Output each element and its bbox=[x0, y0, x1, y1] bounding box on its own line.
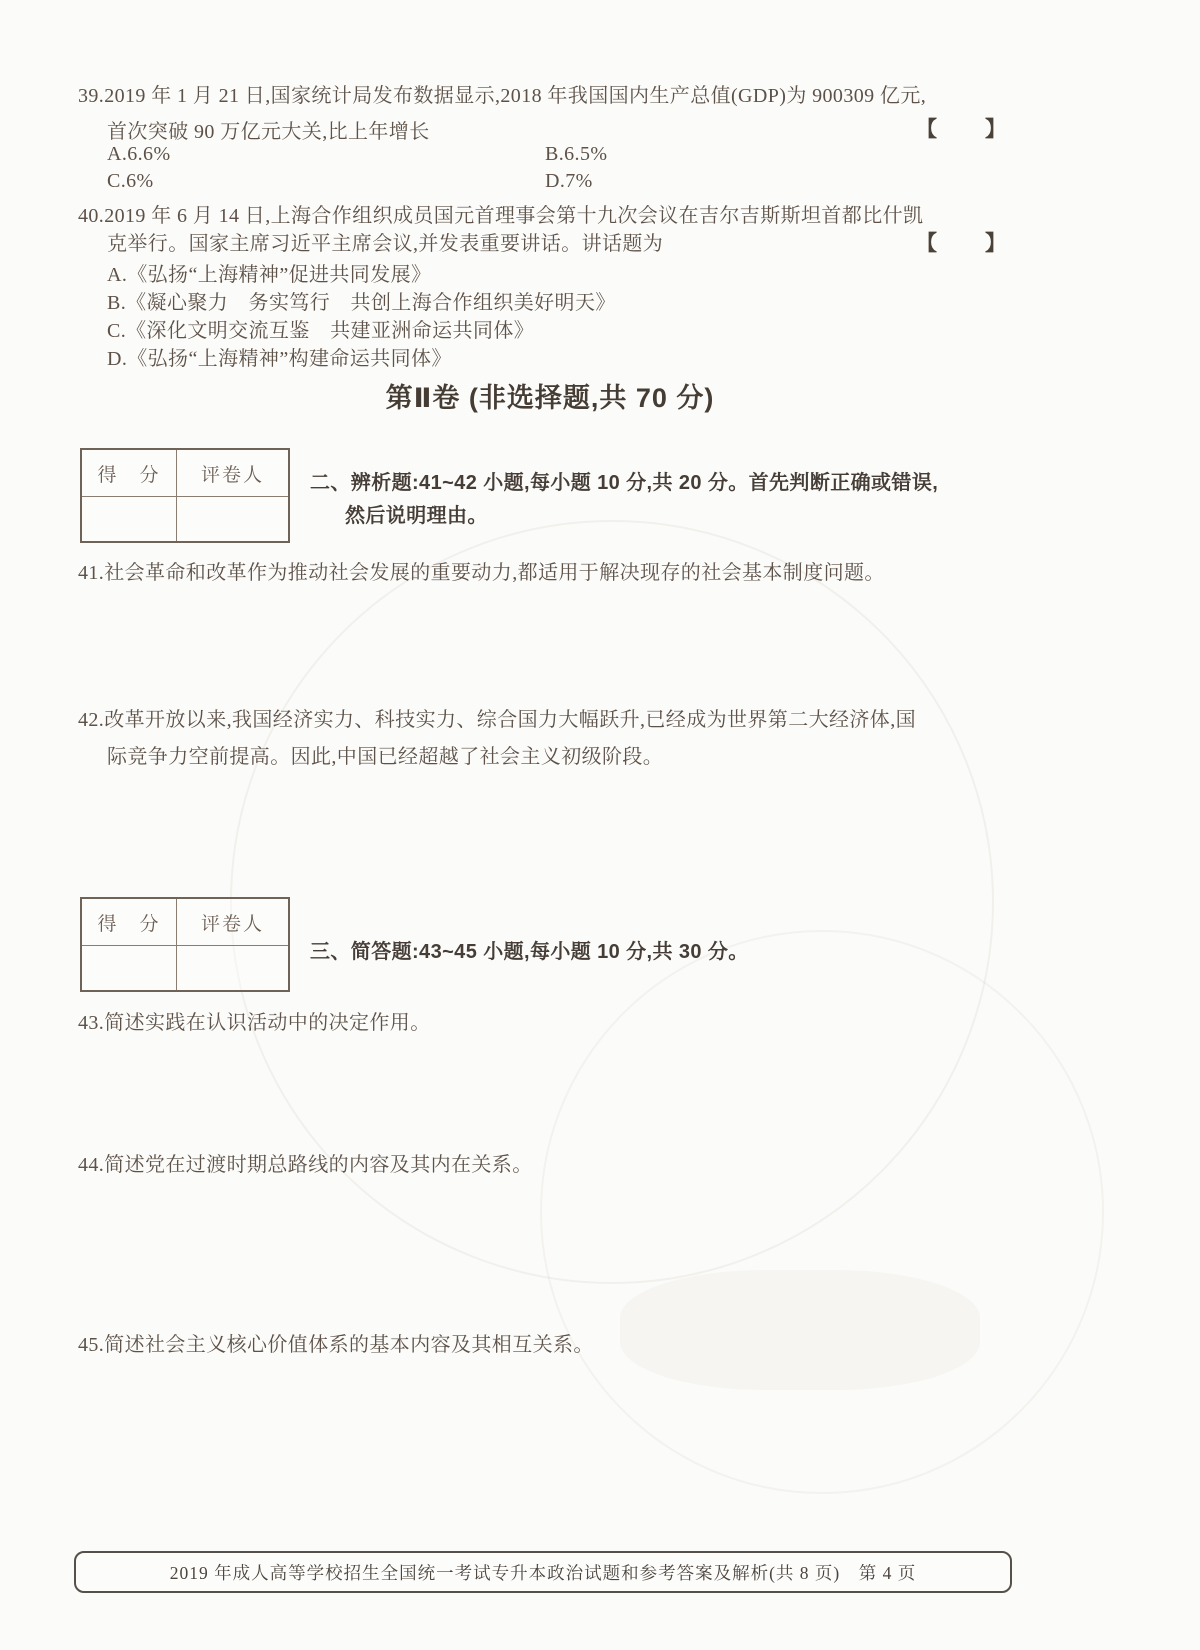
question-39-option-a: A.6.6% bbox=[107, 143, 171, 166]
grader-label: 评卷人 bbox=[177, 899, 288, 946]
question-39-option-d: D.7% bbox=[545, 170, 593, 193]
section3-instructions-line-1: 三、简答题:43~45 小题,每小题 10 分,共 30 分。 bbox=[310, 935, 749, 964]
question-42-line-1: 42.改革开放以来,我国经济实力、科技实力、综合国力大幅跃升,已经成为世界第二大… bbox=[78, 707, 916, 733]
scan-artifact-smudge bbox=[620, 1270, 980, 1390]
question-43-line-1: 43.简述实践在认识活动中的决定作用。 bbox=[78, 1010, 431, 1036]
answer-bracket-40: 【 】 bbox=[916, 227, 1008, 257]
part2-title: 第Ⅱ卷 (非选择题,共 70 分) bbox=[0, 376, 1100, 415]
score-box-section3: 得 分 评卷人 bbox=[80, 897, 290, 992]
question-45-line-1: 45.简述社会主义核心价值体系的基本内容及其相互关系。 bbox=[78, 1332, 594, 1358]
question-39-line-1: 39.2019 年 1 月 21 日,国家统计局发布数据显示,2018 年我国国… bbox=[78, 83, 926, 109]
question-39-option-b: B.6.5% bbox=[545, 143, 607, 166]
score-label: 得 分 bbox=[82, 899, 177, 946]
scan-artifact-circle bbox=[540, 930, 1104, 1494]
question-40-line-2: 克举行。国家主席习近平主席会议,并发表重要讲话。讲话题为 bbox=[107, 231, 663, 257]
question-40-line-1: 40.2019 年 6 月 14 日,上海合作组织成员国元首理事会第十九次会议在… bbox=[78, 203, 923, 229]
score-value-cell bbox=[82, 946, 177, 990]
grader-value-cell bbox=[177, 946, 288, 990]
question-40-option-a: A.《弘扬“上海精神”促进共同发展》 bbox=[107, 258, 431, 287]
question-42-line-2: 际竞争力空前提高。因此,中国已经超越了社会主义初级阶段。 bbox=[107, 744, 663, 770]
question-39-line-2: 首次突破 90 万亿元大关,比上年增长 bbox=[107, 119, 430, 145]
score-box-section2: 得 分 评卷人 bbox=[80, 448, 290, 543]
score-label: 得 分 bbox=[82, 450, 177, 497]
grader-label: 评卷人 bbox=[177, 450, 288, 497]
question-44-line-1: 44.简述党在过渡时期总路线的内容及其内在关系。 bbox=[78, 1152, 533, 1178]
question-41-line-1: 41.社会革命和改革作为推动社会发展的重要动力,都适用于解决现存的社会基本制度问… bbox=[78, 560, 885, 586]
question-40-option-d: D.《弘扬“上海精神”构建命运共同体》 bbox=[107, 342, 452, 371]
grader-value-cell bbox=[177, 497, 288, 541]
exam-page: 39.2019 年 1 月 21 日,国家统计局发布数据显示,2018 年我国国… bbox=[0, 0, 1200, 1650]
section2-instructions-line-1: 二、辨析题:41~42 小题,每小题 10 分,共 20 分。首先判断正确或错误… bbox=[310, 466, 938, 495]
question-40-option-c: C.《深化文明交流互鉴 共建亚洲命运共同体》 bbox=[107, 314, 534, 343]
footer-text: 2019 年成人高等学校招生全国统一考试专升本政治试题和参考答案及解析(共 8 … bbox=[170, 1560, 917, 1585]
page-footer: 2019 年成人高等学校招生全国统一考试专升本政治试题和参考答案及解析(共 8 … bbox=[74, 1551, 1012, 1593]
question-40-option-b: B.《凝心聚力 务实笃行 共创上海合作组织美好明天》 bbox=[107, 286, 616, 315]
answer-bracket-39: 【 】 bbox=[916, 113, 1008, 143]
question-39-option-c: C.6% bbox=[107, 170, 154, 193]
score-value-cell bbox=[82, 497, 177, 541]
section2-instructions-line-2: 然后说明理由。 bbox=[345, 499, 488, 528]
